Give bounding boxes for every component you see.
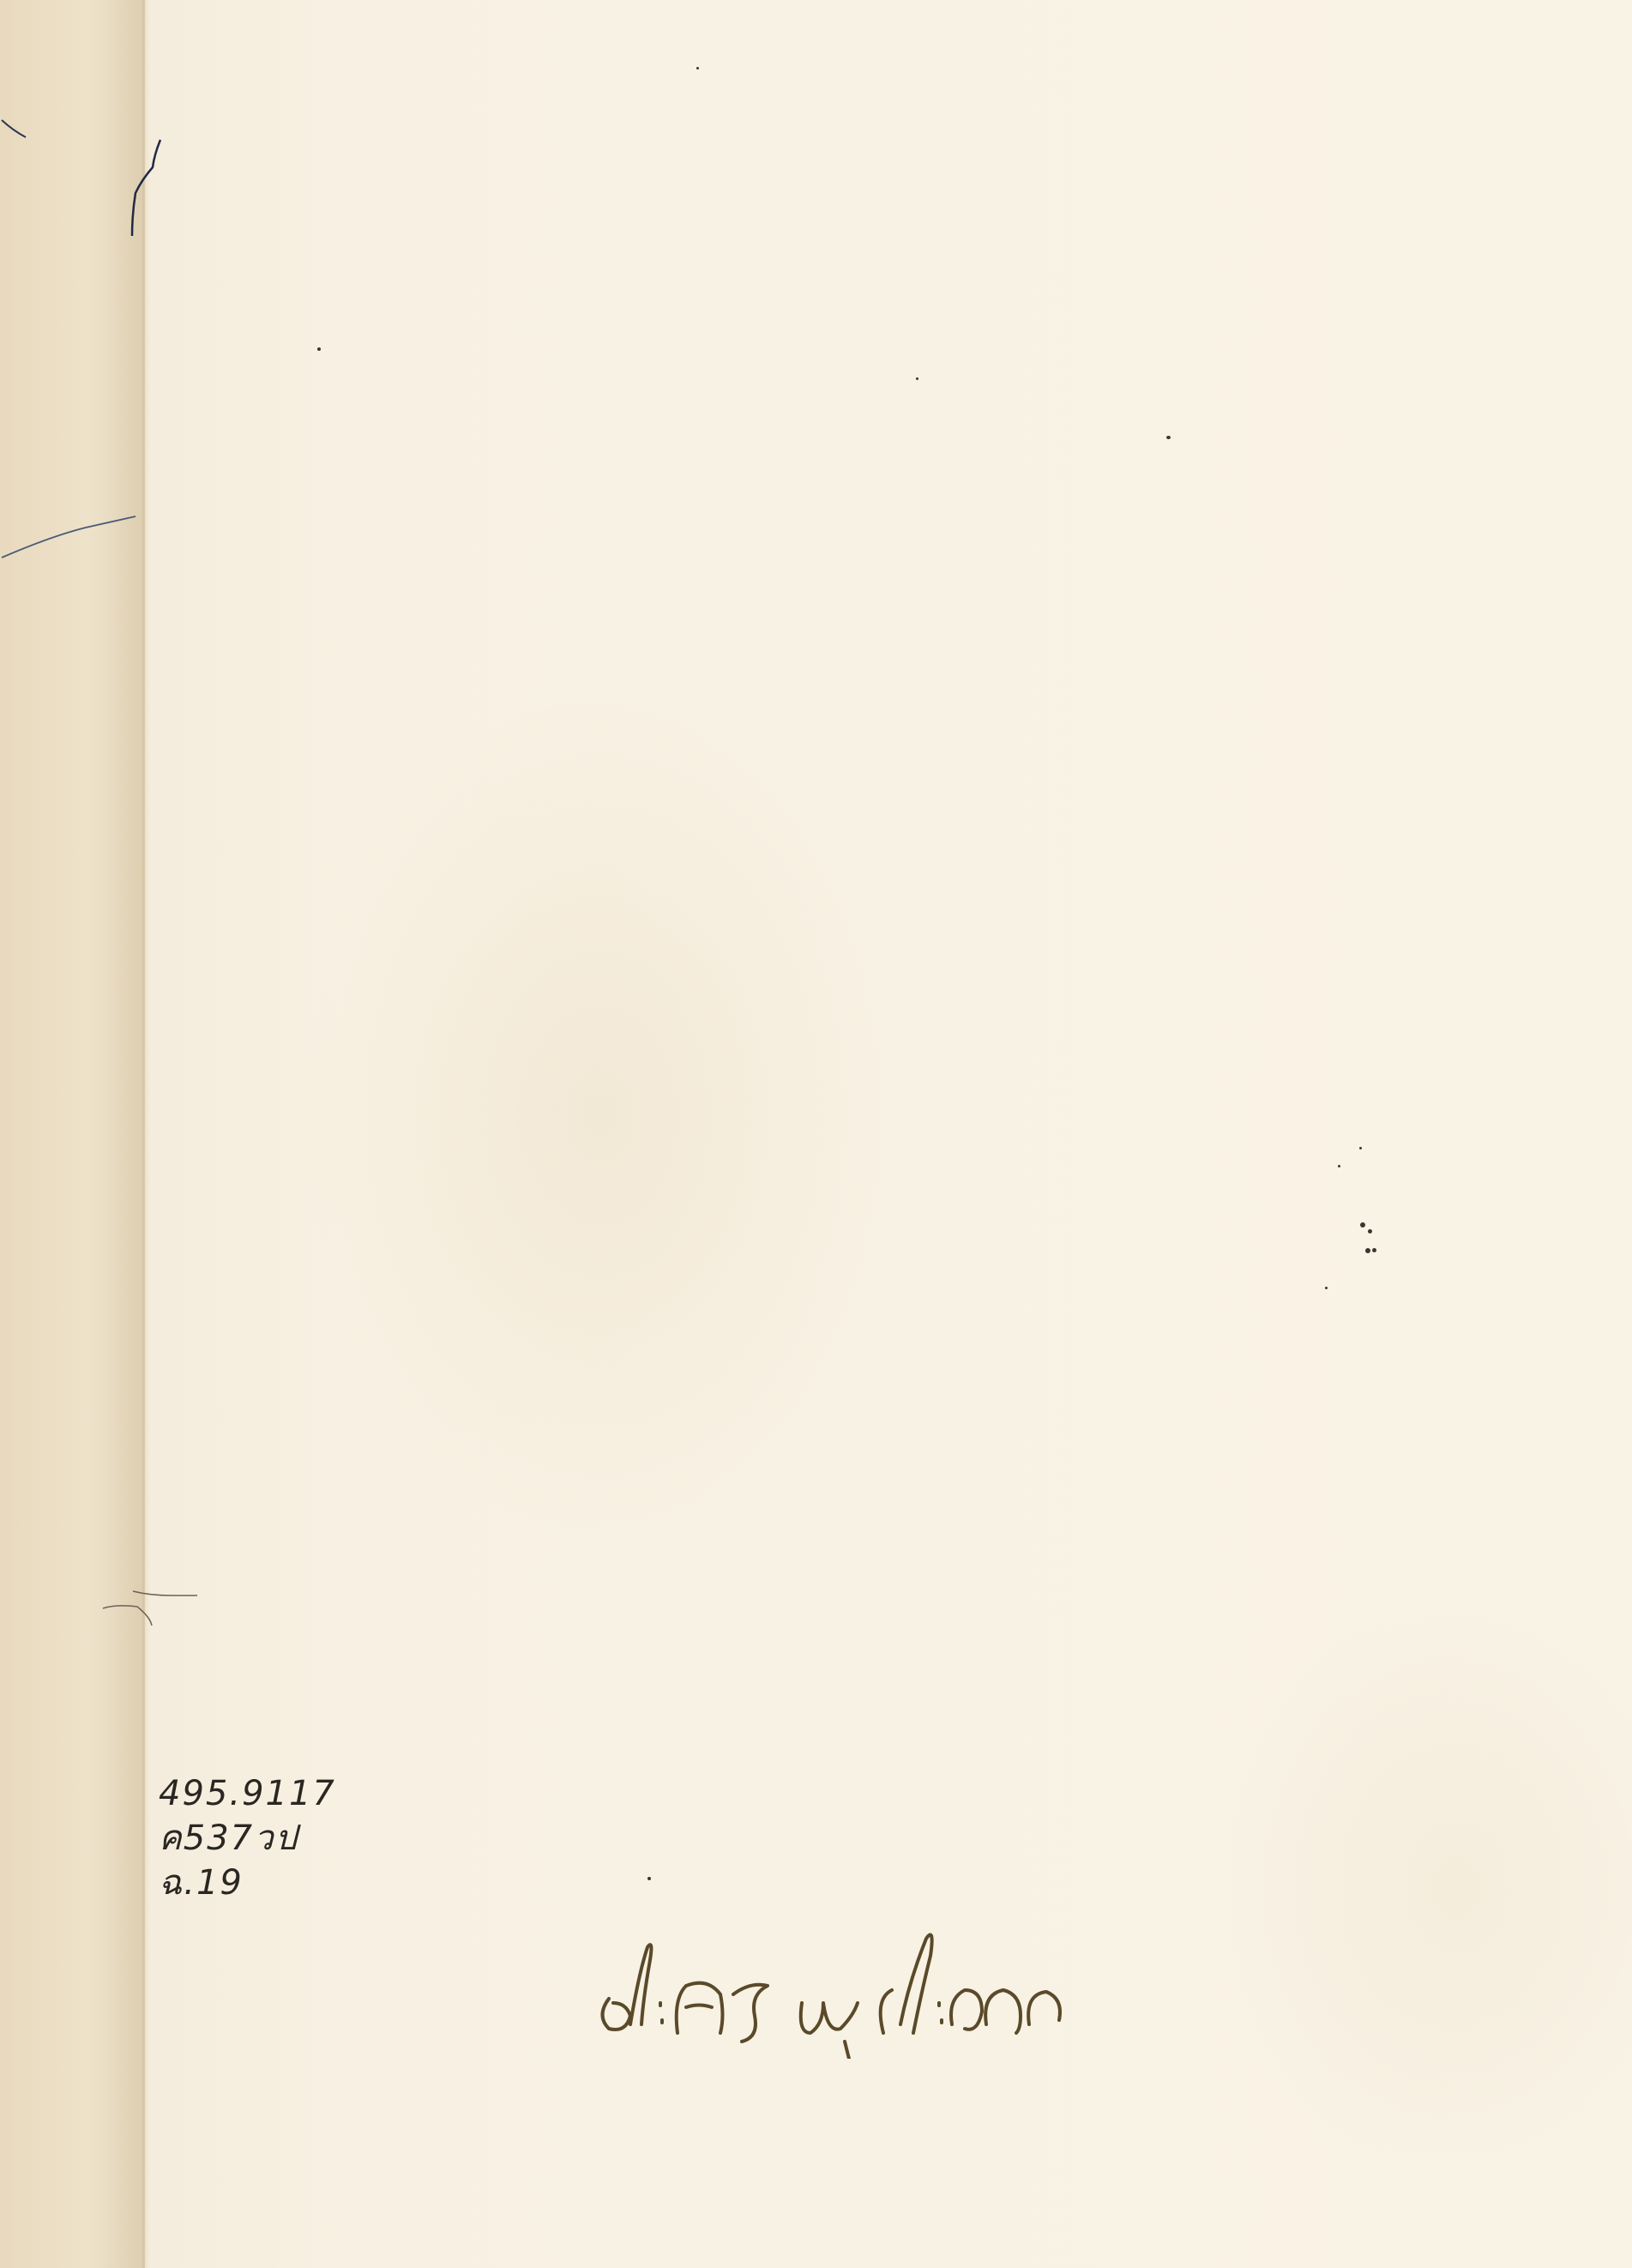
- speck: [1368, 1229, 1372, 1234]
- pen-mark-spine: [120, 137, 163, 249]
- speck: [317, 347, 321, 351]
- speck: [1360, 1222, 1365, 1227]
- document-cover: 495.9117 ค537วป ฉ.19 handwritten Thai si…: [0, 0, 1632, 2268]
- call-number-class: 495.9117: [159, 1771, 336, 1816]
- speck: [1325, 1287, 1328, 1289]
- speck: [1338, 1165, 1340, 1167]
- speck: [1372, 1248, 1376, 1252]
- call-number-copy: ฉ.19: [159, 1861, 336, 1905]
- speck: [916, 377, 918, 380]
- pen-mark-top-left: [0, 112, 34, 146]
- binding-spine: [0, 0, 146, 2268]
- handwritten-signature: handwritten Thai signature: [592, 1921, 1415, 2059]
- library-call-number: 495.9117 ค537วป ฉ.19: [159, 1771, 336, 1905]
- call-number-author-mark: ค537วป: [159, 1816, 336, 1861]
- spine-crease: [142, 0, 145, 2268]
- pen-line-blue: [0, 498, 146, 566]
- speck: [1166, 436, 1171, 439]
- speck: [696, 67, 699, 69]
- speck: [1365, 1248, 1370, 1253]
- pencil-mark: [99, 1578, 210, 1638]
- speck: [1359, 1147, 1362, 1149]
- speck: [647, 1877, 651, 1880]
